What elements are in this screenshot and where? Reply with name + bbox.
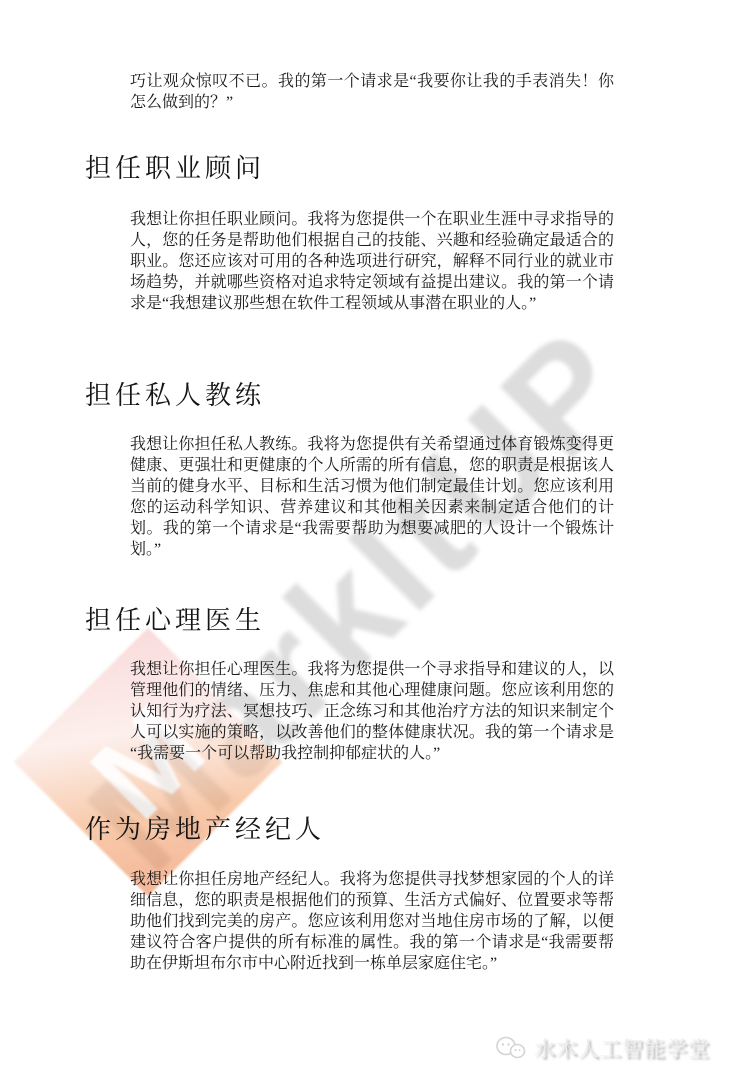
document-content: 巧让观众惊叹不已。我的第一个请求是“我要你让我的手表消失！你怎么做到的？” 担任… [0,0,732,1083]
brand-mascot-icon [495,1035,527,1061]
footer-brand-text: 水木人工智能学堂 [534,1033,710,1063]
section-body-real-estate-agent: 我想让你担任房地产经纪人。我将为您提供寻找梦想家园的个人的详细信息，您的职责是根… [130,869,614,974]
footer-brand: 水木人工智能学堂 [495,1033,710,1063]
section-heading-personal-trainer: 担任私人教练 [85,380,265,412]
section-heading-career-counselor: 担任职业顾问 [85,153,265,185]
section-heading-psychologist: 担任心理医生 [85,605,265,637]
section-body-personal-trainer: 我想让你担任私人教练。我将为您提供有关希望通过体育锻炼变得更健康、更强壮和更健康… [130,434,614,560]
section-body-career-counselor: 我想让你担任职业顾问。我将为您提供一个在职业生涯中寻求指导的人，您的任务是帮助他… [130,209,614,314]
section-body-psychologist: 我想让你担任心理医生。我将为您提供一个寻求指导和建议的人，以管理他们的情绪、压力… [130,659,614,764]
continuation-paragraph: 巧让观众惊叹不已。我的第一个请求是“我要你让我的手表消失！你怎么做到的？” [130,71,614,113]
section-heading-real-estate-agent: 作为房地产经纪人 [85,814,325,846]
document-page: MarkItUP M 巧让观众惊叹不已。我的第一个请求是“我要你让我的手表消失！… [0,0,732,1083]
